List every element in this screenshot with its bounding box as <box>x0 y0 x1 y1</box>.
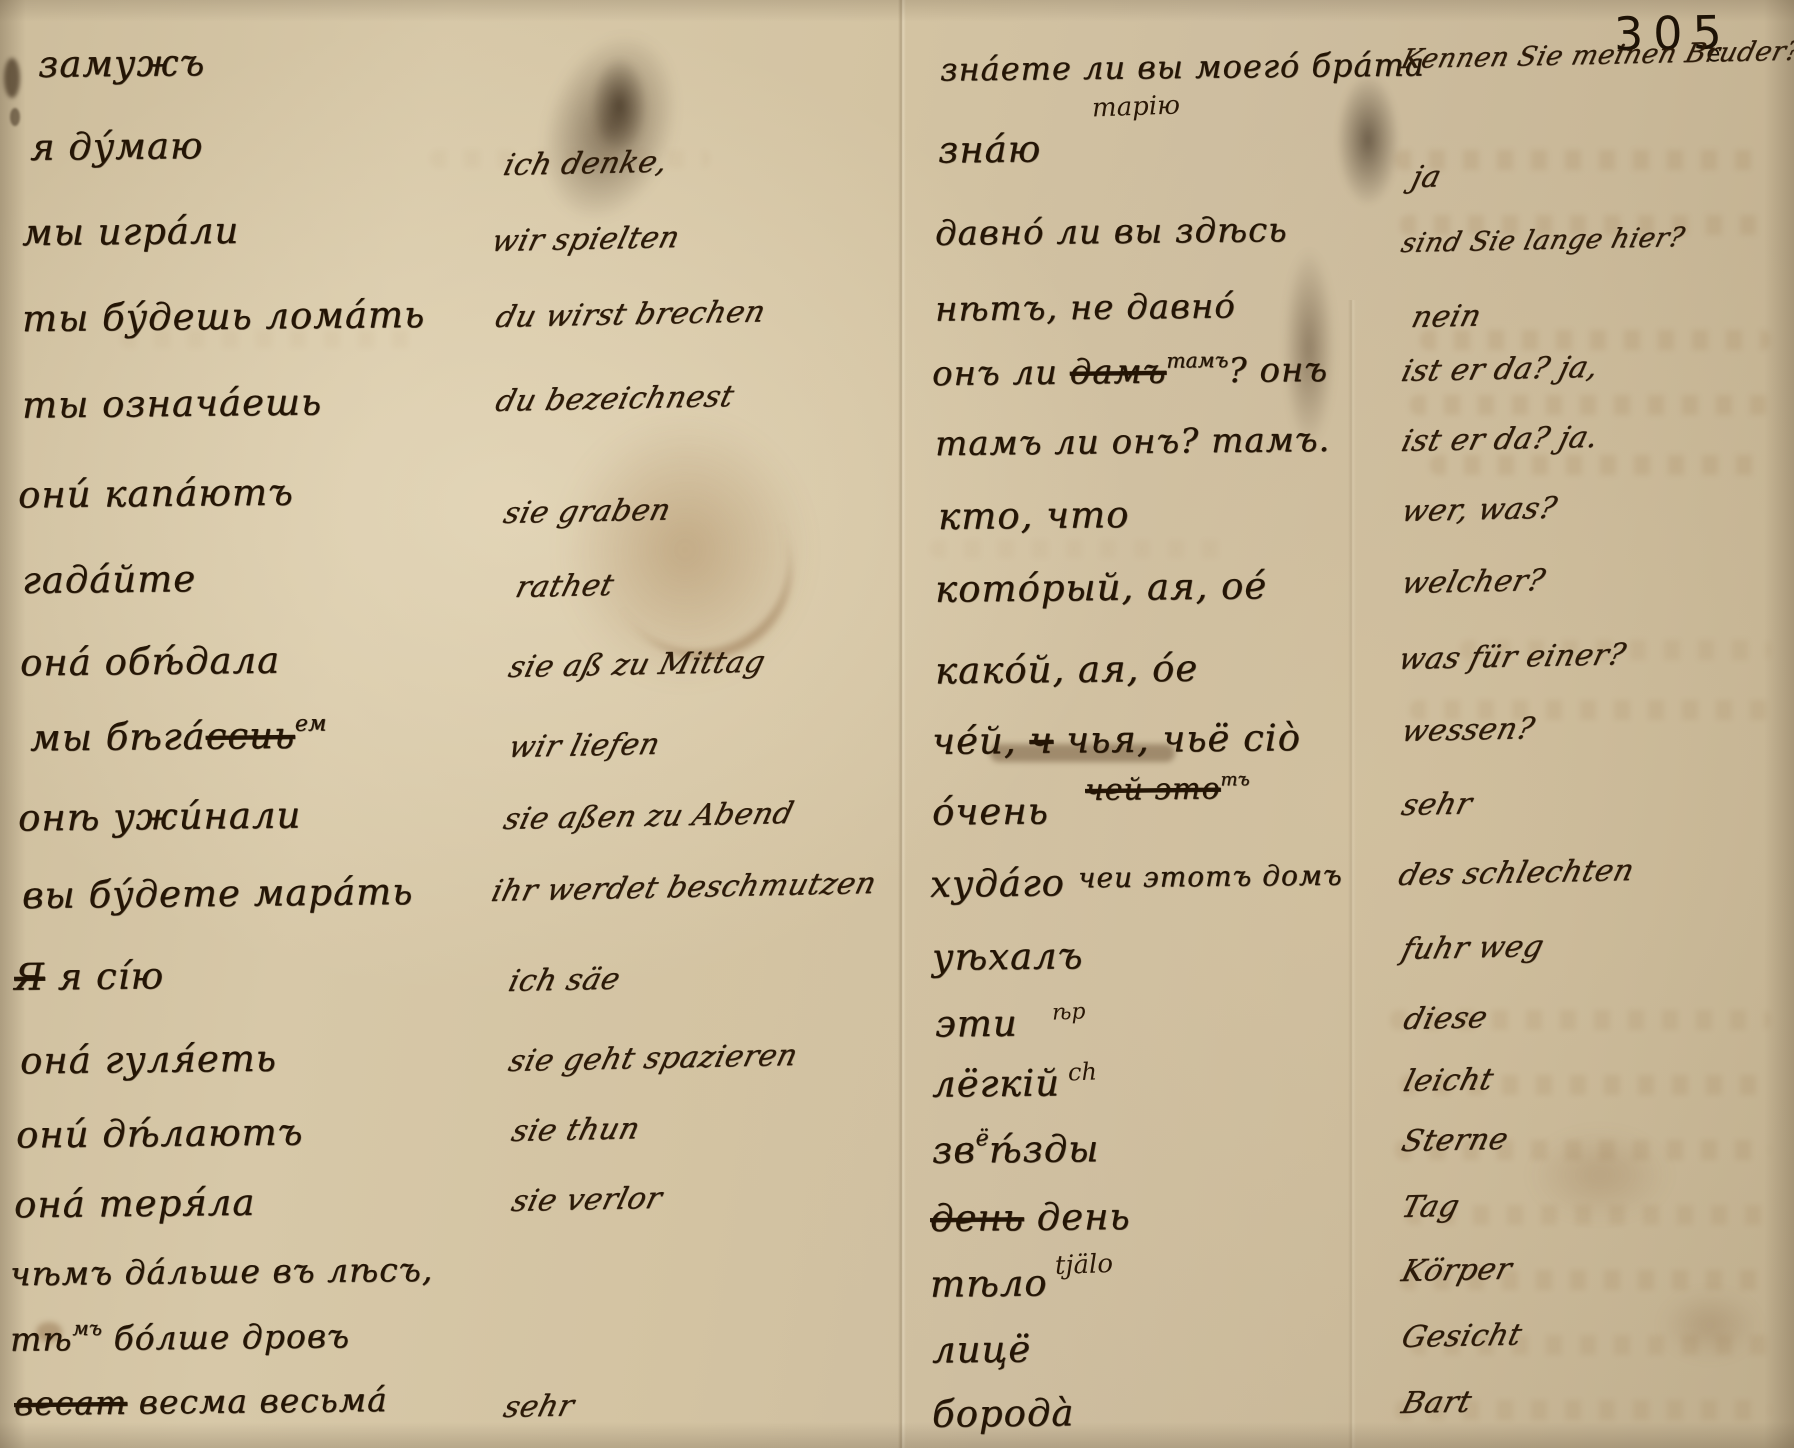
fold-crease <box>898 0 906 1448</box>
ink-blot <box>1337 75 1399 205</box>
ru-entry: вы бу́дете мара́ть <box>22 870 414 917</box>
ru-entry: ты бу́дешь лома́ть <box>22 293 426 340</box>
ru-entry: тѣмъ бо́лше дровъ <box>10 1316 350 1359</box>
de-entry: sie graben <box>500 493 675 531</box>
ru-entry: лёгкій <box>932 1061 1060 1105</box>
de-entry: du bezeichnest <box>492 379 738 419</box>
ru-entry: кото́рый, ая, ое́ <box>935 564 1268 610</box>
ru-entry: эти <box>935 1002 1018 1046</box>
ru-strikethrough: ч <box>1029 719 1053 762</box>
de-entry: nein <box>1408 299 1485 335</box>
de-entry: diese <box>1400 1000 1491 1037</box>
ru-strikethrough: ссиь <box>205 714 295 758</box>
ru-text: ѣ́зды <box>989 1127 1100 1171</box>
de-entry: ich säe <box>505 962 624 999</box>
ru-text: весма весьма́ <box>127 1380 388 1422</box>
de-entry: leicht <box>1400 1062 1497 1099</box>
de-entry: Gesicht <box>1398 1318 1526 1355</box>
de-entry: sehr <box>500 1389 578 1425</box>
water-stain <box>560 415 810 685</box>
ru-entry: како́й, ая, о́е <box>935 647 1199 693</box>
de-entry: Tag <box>1398 1189 1463 1225</box>
fold-crease <box>1348 300 1356 1448</box>
ru-entry: мы игра́ли <box>22 209 240 254</box>
de-entry: sehr <box>1398 787 1476 823</box>
ru-entry: онѣ ужи́нали <box>18 794 302 840</box>
de-entry: Körper <box>1398 1252 1516 1289</box>
smudge <box>1660 1290 1760 1360</box>
edge-speck <box>10 108 20 126</box>
ru-entry: замужъ <box>38 41 206 86</box>
ru-strikethrough: весат <box>14 1383 128 1423</box>
ru-entry: гада́йте <box>22 557 197 602</box>
ru-entry: лицё <box>932 1327 1032 1371</box>
ru-text: онъ ли <box>932 353 1070 394</box>
de-entry: sie verlor <box>508 1181 666 1219</box>
edge-speck <box>4 58 20 98</box>
bleed-through <box>1405 1205 1770 1225</box>
ru-annotation: ѣр <box>1052 999 1086 1025</box>
ru-entry: нѣтъ, не давно́ <box>935 286 1236 329</box>
ru-strikethrough: дамъ <box>1069 352 1166 393</box>
ru-entry: о́чень <box>932 789 1049 833</box>
de-entry: des schlechten <box>1395 853 1638 893</box>
de-entry: wir liefen <box>505 727 664 765</box>
ru-entry: зна́ю <box>938 127 1042 171</box>
ru-entry: худа́го <box>930 861 1065 905</box>
ru-entry: давно́ ли вы здѣсь <box>935 210 1288 254</box>
ru-entry: она́ обѣ́дала <box>20 639 281 685</box>
de-entry: welcher? <box>1398 563 1549 601</box>
de-entry: du wirst brechen <box>492 294 769 335</box>
ru-annotation: tjälo <box>1054 1249 1113 1281</box>
de-entry: ihr werdet beschmutzen <box>488 866 880 909</box>
de-entry: Bart <box>1398 1385 1475 1421</box>
ru-entry: зна́ете ли вы моего́ бра́та <box>940 45 1425 88</box>
de-entry: ist er da? ja. <box>1398 420 1602 459</box>
ru-strikethrough: Я <box>14 955 45 998</box>
ru-superscript: мъ <box>72 1317 102 1340</box>
ru-entry: они́ капа́ютъ <box>18 471 294 517</box>
bleed-through <box>1395 150 1755 170</box>
ru-entry: Я я сі́ю <box>14 954 164 999</box>
ru-annotation: тарію <box>1092 90 1181 123</box>
ru-text: чья, чьё сіо̀ <box>1053 716 1301 762</box>
de-entry: sie thun <box>508 1111 644 1149</box>
de-entry: sind Sie lange hier? <box>1398 222 1688 259</box>
ru-superscript: ё <box>975 1126 988 1152</box>
ru-annotation: чеи этотъ домъ <box>1078 859 1343 895</box>
ru-text: тѣ <box>10 1319 73 1359</box>
ru-entry: я ду́маю <box>30 124 204 169</box>
ru-entry: она́ гуля́еть <box>20 1037 277 1083</box>
ink-stain <box>592 58 647 153</box>
de-entry: ich denke, <box>500 145 672 183</box>
de-entry: Kennen Sie meinen Bruder? <box>1398 36 1794 75</box>
de-entry: ist er da? ja, <box>1398 350 1602 389</box>
ru-entry: весат весма весьма́ <box>14 1380 388 1423</box>
ru-text: мы бѣга́ <box>30 715 206 760</box>
ru-superscript: ем <box>295 711 327 737</box>
ru-entry: ты означа́ешь <box>22 380 322 426</box>
ru-strikethrough: чей это <box>1085 771 1221 807</box>
smudge <box>1530 1130 1670 1220</box>
de-entry: wir spielten <box>488 220 683 259</box>
de-entry: ja <box>1408 159 1445 195</box>
ru-text: бо́лше дровъ <box>102 1316 350 1358</box>
ru-entry: чѣмъ да́льше въ лѣсъ, <box>10 1250 434 1293</box>
ink-smear <box>1283 248 1335 448</box>
ru-text: зв <box>932 1128 976 1171</box>
ru-entry: она́ теря́ла <box>14 1181 256 1227</box>
de-entry: rathet <box>512 568 618 605</box>
manuscript-spread: 305e замужъ я ду́маю мы игра́ли ты бу́де… <box>0 0 1794 1448</box>
ru-entry: тѣло <box>930 1261 1048 1305</box>
de-entry: sie aßen zu Abend <box>500 796 797 837</box>
de-entry: Sterne <box>1398 1122 1512 1159</box>
de-entry: fuhr weg <box>1398 929 1548 967</box>
ru-annotation: ch <box>1068 1058 1098 1087</box>
de-entry: wer, was? <box>1398 491 1561 529</box>
ru-entry: они́ дѣ́лаютъ <box>16 1110 304 1156</box>
ru-superscript: тамъ <box>1166 348 1228 373</box>
ru-text: че́й, <box>932 719 1030 763</box>
ru-entry: уѣхалъ <box>932 934 1084 979</box>
ru-entry: борода̀ <box>932 1391 1075 1435</box>
ru-superscript: тъ <box>1220 769 1249 790</box>
ru-text: я сі́ю <box>45 954 165 998</box>
ru-entry: тамъ ли онъ? тамъ. <box>935 420 1331 464</box>
ru-entry: день день <box>930 1195 1131 1240</box>
ru-entry: мы бѣга́ссиьем <box>30 713 327 759</box>
bleed-through <box>1410 395 1770 415</box>
ru-entry: кто, что <box>938 493 1130 538</box>
ru-text: ? онъ <box>1228 350 1328 391</box>
de-entry: wessen? <box>1398 711 1538 749</box>
de-entry: sie aß zu Mittag <box>505 645 769 685</box>
bleed-through <box>930 540 1230 558</box>
ru-text: день <box>1024 1195 1131 1239</box>
ru-annotation: чей этотъ <box>1085 771 1250 808</box>
ru-strikethrough: день <box>930 1196 1024 1240</box>
ink-stain <box>518 15 702 241</box>
ru-entry: че́й, ч чья, чьё сіо̀ <box>932 716 1301 763</box>
de-entry: sie geht spazieren <box>505 1038 801 1079</box>
de-entry: was für einer? <box>1395 637 1630 677</box>
bleed-through <box>1430 455 1770 475</box>
ru-entry: звёѣ́зды <box>932 1127 1100 1172</box>
ru-entry: онъ ли дамътамъ? онъ <box>932 350 1328 394</box>
